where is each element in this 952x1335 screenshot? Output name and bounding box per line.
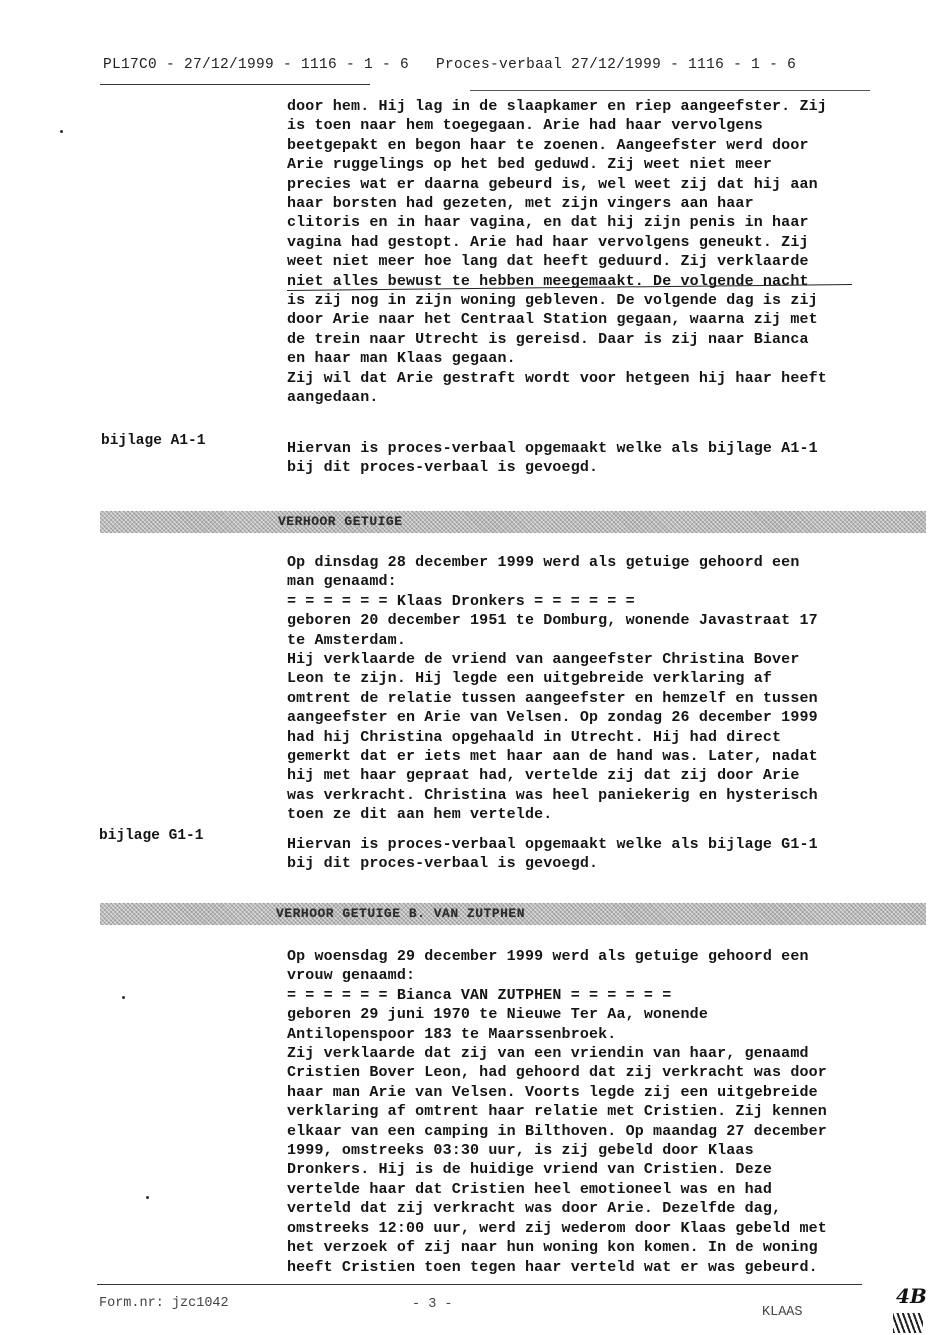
header-rule: [100, 84, 370, 85]
attachment-text-a1: Hiervan is proces-verbaal opgemaakt welk…: [287, 439, 818, 478]
text-line: precies wat er daarna gebeurd is, wel we…: [287, 175, 827, 194]
text-line: omstreeks 12:00 uur, werd zij wederom do…: [287, 1219, 827, 1238]
text-line: door hem. Hij lag in de slaapkamer en ri…: [287, 97, 827, 116]
text-line: aangeefster en Arie van Velsen. Op zonda…: [287, 708, 818, 727]
handwritten-scribble: [893, 1313, 923, 1333]
text-line: man genaamd:: [287, 572, 818, 591]
text-line: en haar man Klaas gegaan.: [287, 349, 827, 368]
attachment-label-g1: bijlage G1-1: [99, 828, 203, 844]
text-line: haar man Arie van Velsen. Voorts legde z…: [287, 1083, 827, 1102]
text-line: omtrent de relatie tussen aangeefster en…: [287, 689, 818, 708]
text-line: Arie ruggelings op het bed geduwd. Zij w…: [287, 155, 827, 174]
attachment-text-g1: Hiervan is proces-verbaal opgemaakt welk…: [287, 835, 818, 874]
text-line: is zij nog in zijn woning gebleven. De v…: [287, 291, 827, 310]
text-line: weet niet meer hoe lang dat heeft geduur…: [287, 252, 827, 271]
text-line: is toen naar hem toegegaan. Arie had haa…: [287, 116, 827, 135]
text-line: Hiervan is proces-verbaal opgemaakt welk…: [287, 439, 818, 458]
text-line: vrouw genaamd:: [287, 966, 827, 985]
text-line: clitoris en in haar vagina, en dat hij z…: [287, 213, 827, 232]
text-line: de trein naar Utrecht is gereisd. Daar i…: [287, 330, 827, 349]
text-line: vertelde haar dat Cristien heel emotione…: [287, 1180, 827, 1199]
form-number: Form.nr: jzc1042: [99, 1296, 229, 1311]
header-rule-secondary: [470, 90, 870, 91]
text-line: was verkracht. Christina was heel paniek…: [287, 786, 818, 805]
text-line: te Amsterdam.: [287, 631, 818, 650]
text-line: geboren 29 juni 1970 te Nieuwe Ter Aa, w…: [287, 1005, 827, 1024]
text-line: had hij Christina opgehaald in Utrecht. …: [287, 728, 818, 747]
text-line: Zij verklaarde dat zij van een vriendin …: [287, 1044, 827, 1063]
handwritten-annotation: 4B: [896, 1284, 927, 1308]
text-line: verklaring af omtrent haar relatie met C…: [287, 1102, 827, 1121]
text-line: elkaar van een camping in Bilthoven. Op …: [287, 1122, 827, 1141]
text-line: vagina had gestopt. Arie had haar vervol…: [287, 233, 827, 252]
text-line: beetgepakt en begon haar te zoenen. Aang…: [287, 136, 827, 155]
text-line: 1999, omstreeks 03:30 uur, is zij gebeld…: [287, 1141, 827, 1160]
text-line: Leon te zijn. Hij legde een uitgebreide …: [287, 669, 818, 688]
page-number: - 3 -: [412, 1297, 453, 1312]
text-line: = = = = = = Bianca VAN ZUTPHEN = = = = =…: [287, 986, 827, 1005]
text-line: Op dinsdag 28 december 1999 werd als get…: [287, 553, 818, 572]
text-line: door Arie naar het Centraal Station gega…: [287, 310, 827, 329]
footer-rule: [97, 1284, 862, 1285]
text-line: het verzoek of zij naar hun woning kon k…: [287, 1238, 827, 1257]
text-line: Dronkers. Hij is de huidige vriend van C…: [287, 1160, 827, 1179]
section-bar-verhoor-getuige: VERHOOR GETUIGE: [100, 511, 926, 533]
section-title: VERHOOR GETUIGE: [278, 514, 403, 529]
text-line: haar borsten had gezeten, met zijn vinge…: [287, 194, 827, 213]
scan-speck: [146, 1196, 149, 1199]
document-header: PL17C0 - 27/12/1999 - 1116 - 1 - 6 Proce…: [103, 57, 796, 73]
scan-speck: [122, 996, 125, 999]
text-line: verteld dat zij verkracht was door Arie.…: [287, 1199, 827, 1218]
text-line: gemerkt dat er iets met haar aan de hand…: [287, 747, 818, 766]
statement-bianca-van-zutphen: Op woensdag 29 december 1999 werd als ge…: [287, 947, 827, 1277]
section-title: VERHOOR GETUIGE B. VAN ZUTPHEN: [276, 906, 525, 921]
text-line: = = = = = = Klaas Dronkers = = = = = =: [287, 592, 818, 611]
text-line: toen ze dit aan hem vertelde.: [287, 805, 818, 824]
text-line: Antilopenspoor 183 te Maarssenbroek.: [287, 1025, 827, 1044]
scan-speck: [60, 130, 63, 133]
text-line: Hij verklaarde de vriend van aangeefster…: [287, 650, 818, 669]
text-line: geboren 20 december 1951 te Domburg, won…: [287, 611, 818, 630]
statement-continuation: door hem. Hij lag in de slaapkamer en ri…: [287, 97, 827, 408]
text-line: Zij wil dat Arie gestraft wordt voor het…: [287, 369, 827, 388]
footer-name: KLAAS: [762, 1305, 803, 1320]
text-line: heeft Cristien toen tegen haar verteld w…: [287, 1258, 827, 1277]
text-line: bij dit proces-verbaal is gevoegd.: [287, 854, 818, 873]
text-line: Op woensdag 29 december 1999 werd als ge…: [287, 947, 827, 966]
section-bar-verhoor-zutphen: VERHOOR GETUIGE B. VAN ZUTPHEN: [100, 903, 926, 925]
text-line: bij dit proces-verbaal is gevoegd.: [287, 458, 818, 477]
attachment-label-a1: bijlage A1-1: [101, 433, 205, 449]
text-line: Cristien Bover Leon, had gehoord dat zij…: [287, 1063, 827, 1082]
text-line: Hiervan is proces-verbaal opgemaakt welk…: [287, 835, 818, 854]
text-line: hij met haar gepraat had, vertelde zij d…: [287, 766, 818, 785]
text-line: aangedaan.: [287, 388, 827, 407]
statement-klaas-dronkers: Op dinsdag 28 december 1999 werd als get…: [287, 553, 818, 825]
